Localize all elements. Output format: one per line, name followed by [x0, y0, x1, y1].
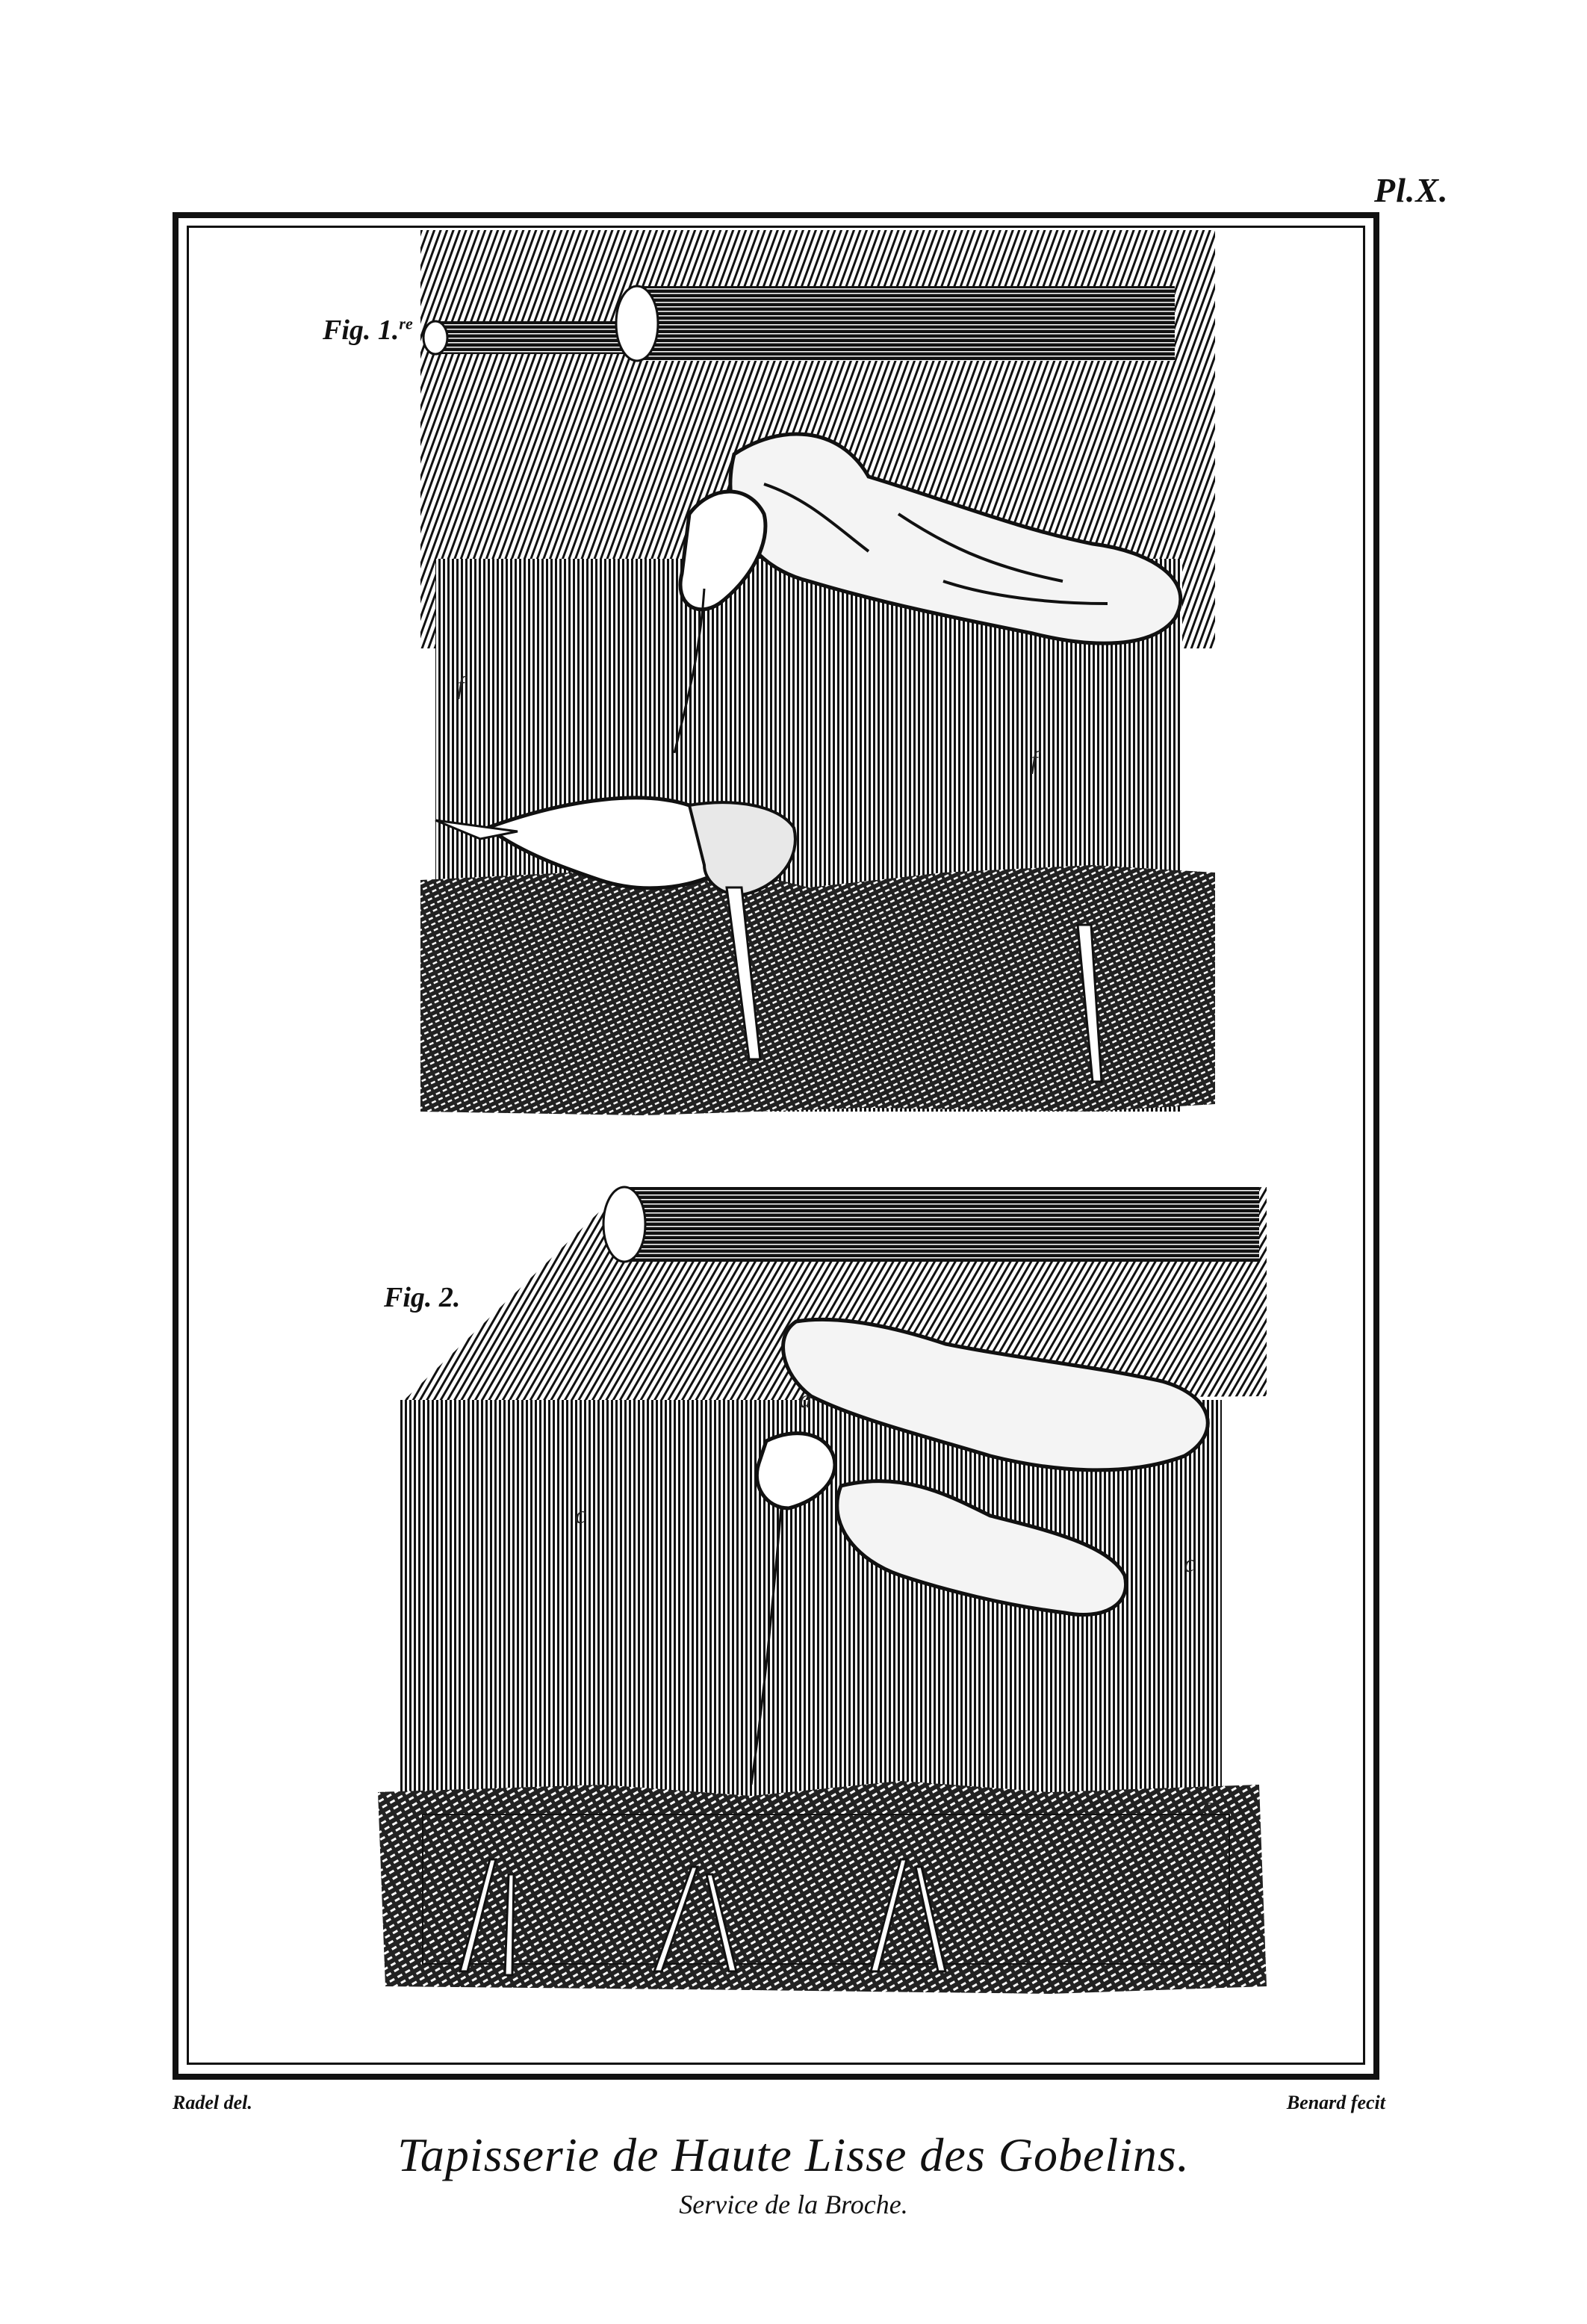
- figure-2-ref-letter: c: [1202, 1793, 1214, 1821]
- plate-title: Tapisserie de Haute Lisse des Gobelins.: [0, 2128, 1587, 2183]
- figure-1-label-suffix: re: [399, 314, 412, 332]
- figure-2-ref-letter: a: [799, 1386, 812, 1414]
- figure-1-label: Fig. 1.re: [323, 314, 413, 347]
- figure-2-ref-letter: c: [575, 1502, 586, 1530]
- figure-1-label-text: Fig. 1.: [323, 314, 399, 346]
- figure-2-ref-letter: c: [1184, 1550, 1195, 1578]
- figure-2-label: Fig. 2.: [384, 1281, 460, 1314]
- figure-1-ref-letter: f: [457, 672, 464, 701]
- figure-1-ref-letter: f: [1031, 747, 1037, 775]
- figure-2-engraving: [378, 1172, 1274, 1994]
- plate-subtitle: Service de la Broche.: [0, 2189, 1587, 2220]
- plate-number: Pl.X.: [1374, 170, 1449, 210]
- engraver-credit: Benard fecit: [1287, 2092, 1385, 2114]
- figure-1-engraving: [420, 230, 1215, 1121]
- draughtsman-credit: Radel del.: [173, 2092, 252, 2114]
- figure-2-label-text: Fig. 2.: [384, 1282, 460, 1313]
